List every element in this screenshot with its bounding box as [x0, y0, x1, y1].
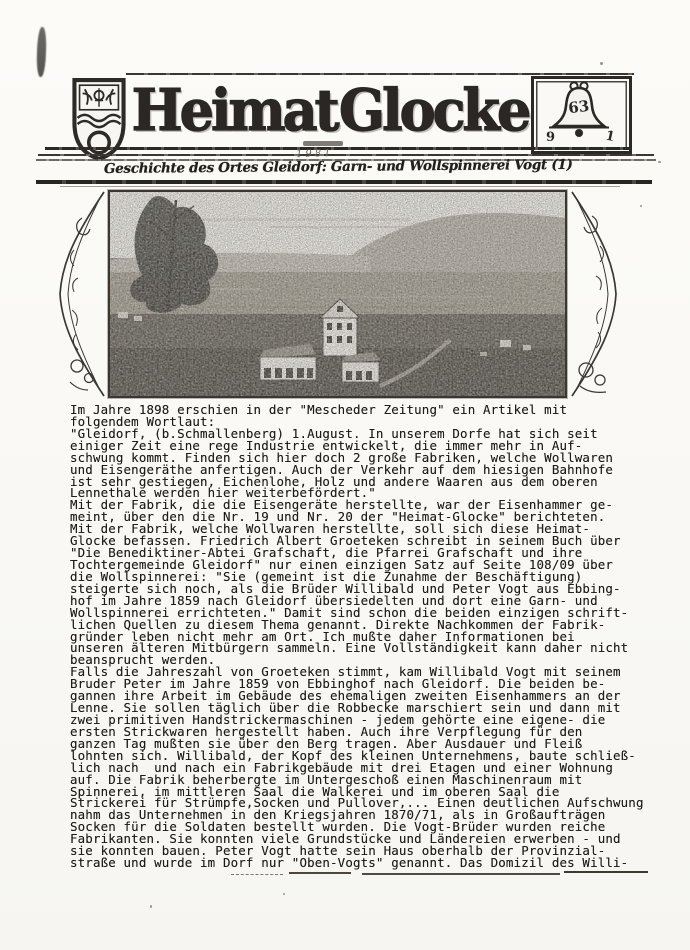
scan-smudge [36, 27, 47, 77]
coat-of-arms-icon [70, 76, 128, 164]
article-body: Im Jahre 1898 erschien in der "Mescheder… [70, 404, 680, 869]
subtitle-rule-thin [60, 186, 620, 187]
page-title: Heimat Glocke [128, 74, 532, 150]
issue-number: 63 [567, 97, 590, 117]
speckle [640, 205, 642, 207]
speckle [600, 62, 603, 65]
subtitle-rule [36, 180, 652, 184]
speckle [658, 161, 661, 163]
speckle [150, 905, 152, 908]
title-word-1: Heimat [132, 76, 337, 144]
stamp-smudge [303, 141, 343, 146]
ornament-left [50, 190, 108, 402]
speckle [283, 893, 285, 895]
end-underline-fragment [362, 873, 560, 875]
end-underline-fragment [231, 874, 283, 875]
bell-mark-left: 9 [546, 130, 555, 145]
text-line: straße und wurde im Dorf nur "Oben-Vogts… [70, 857, 680, 869]
ornament-right [562, 190, 626, 402]
end-underline-trailing [564, 871, 648, 873]
bell-emblem-icon: 63 9 1 [531, 76, 632, 154]
end-underline-fragment [289, 872, 351, 874]
title-word-2: Glocke [339, 76, 528, 144]
scanned-page: Heimat Glocke 63 9 1 1981 Geschichte des… [0, 0, 690, 950]
article-subtitle: Geschichte des Ortes Gleidorf: Garn- und… [104, 157, 554, 177]
village-panorama-photo [108, 190, 567, 398]
bell-mark-right: 1 [604, 128, 616, 145]
